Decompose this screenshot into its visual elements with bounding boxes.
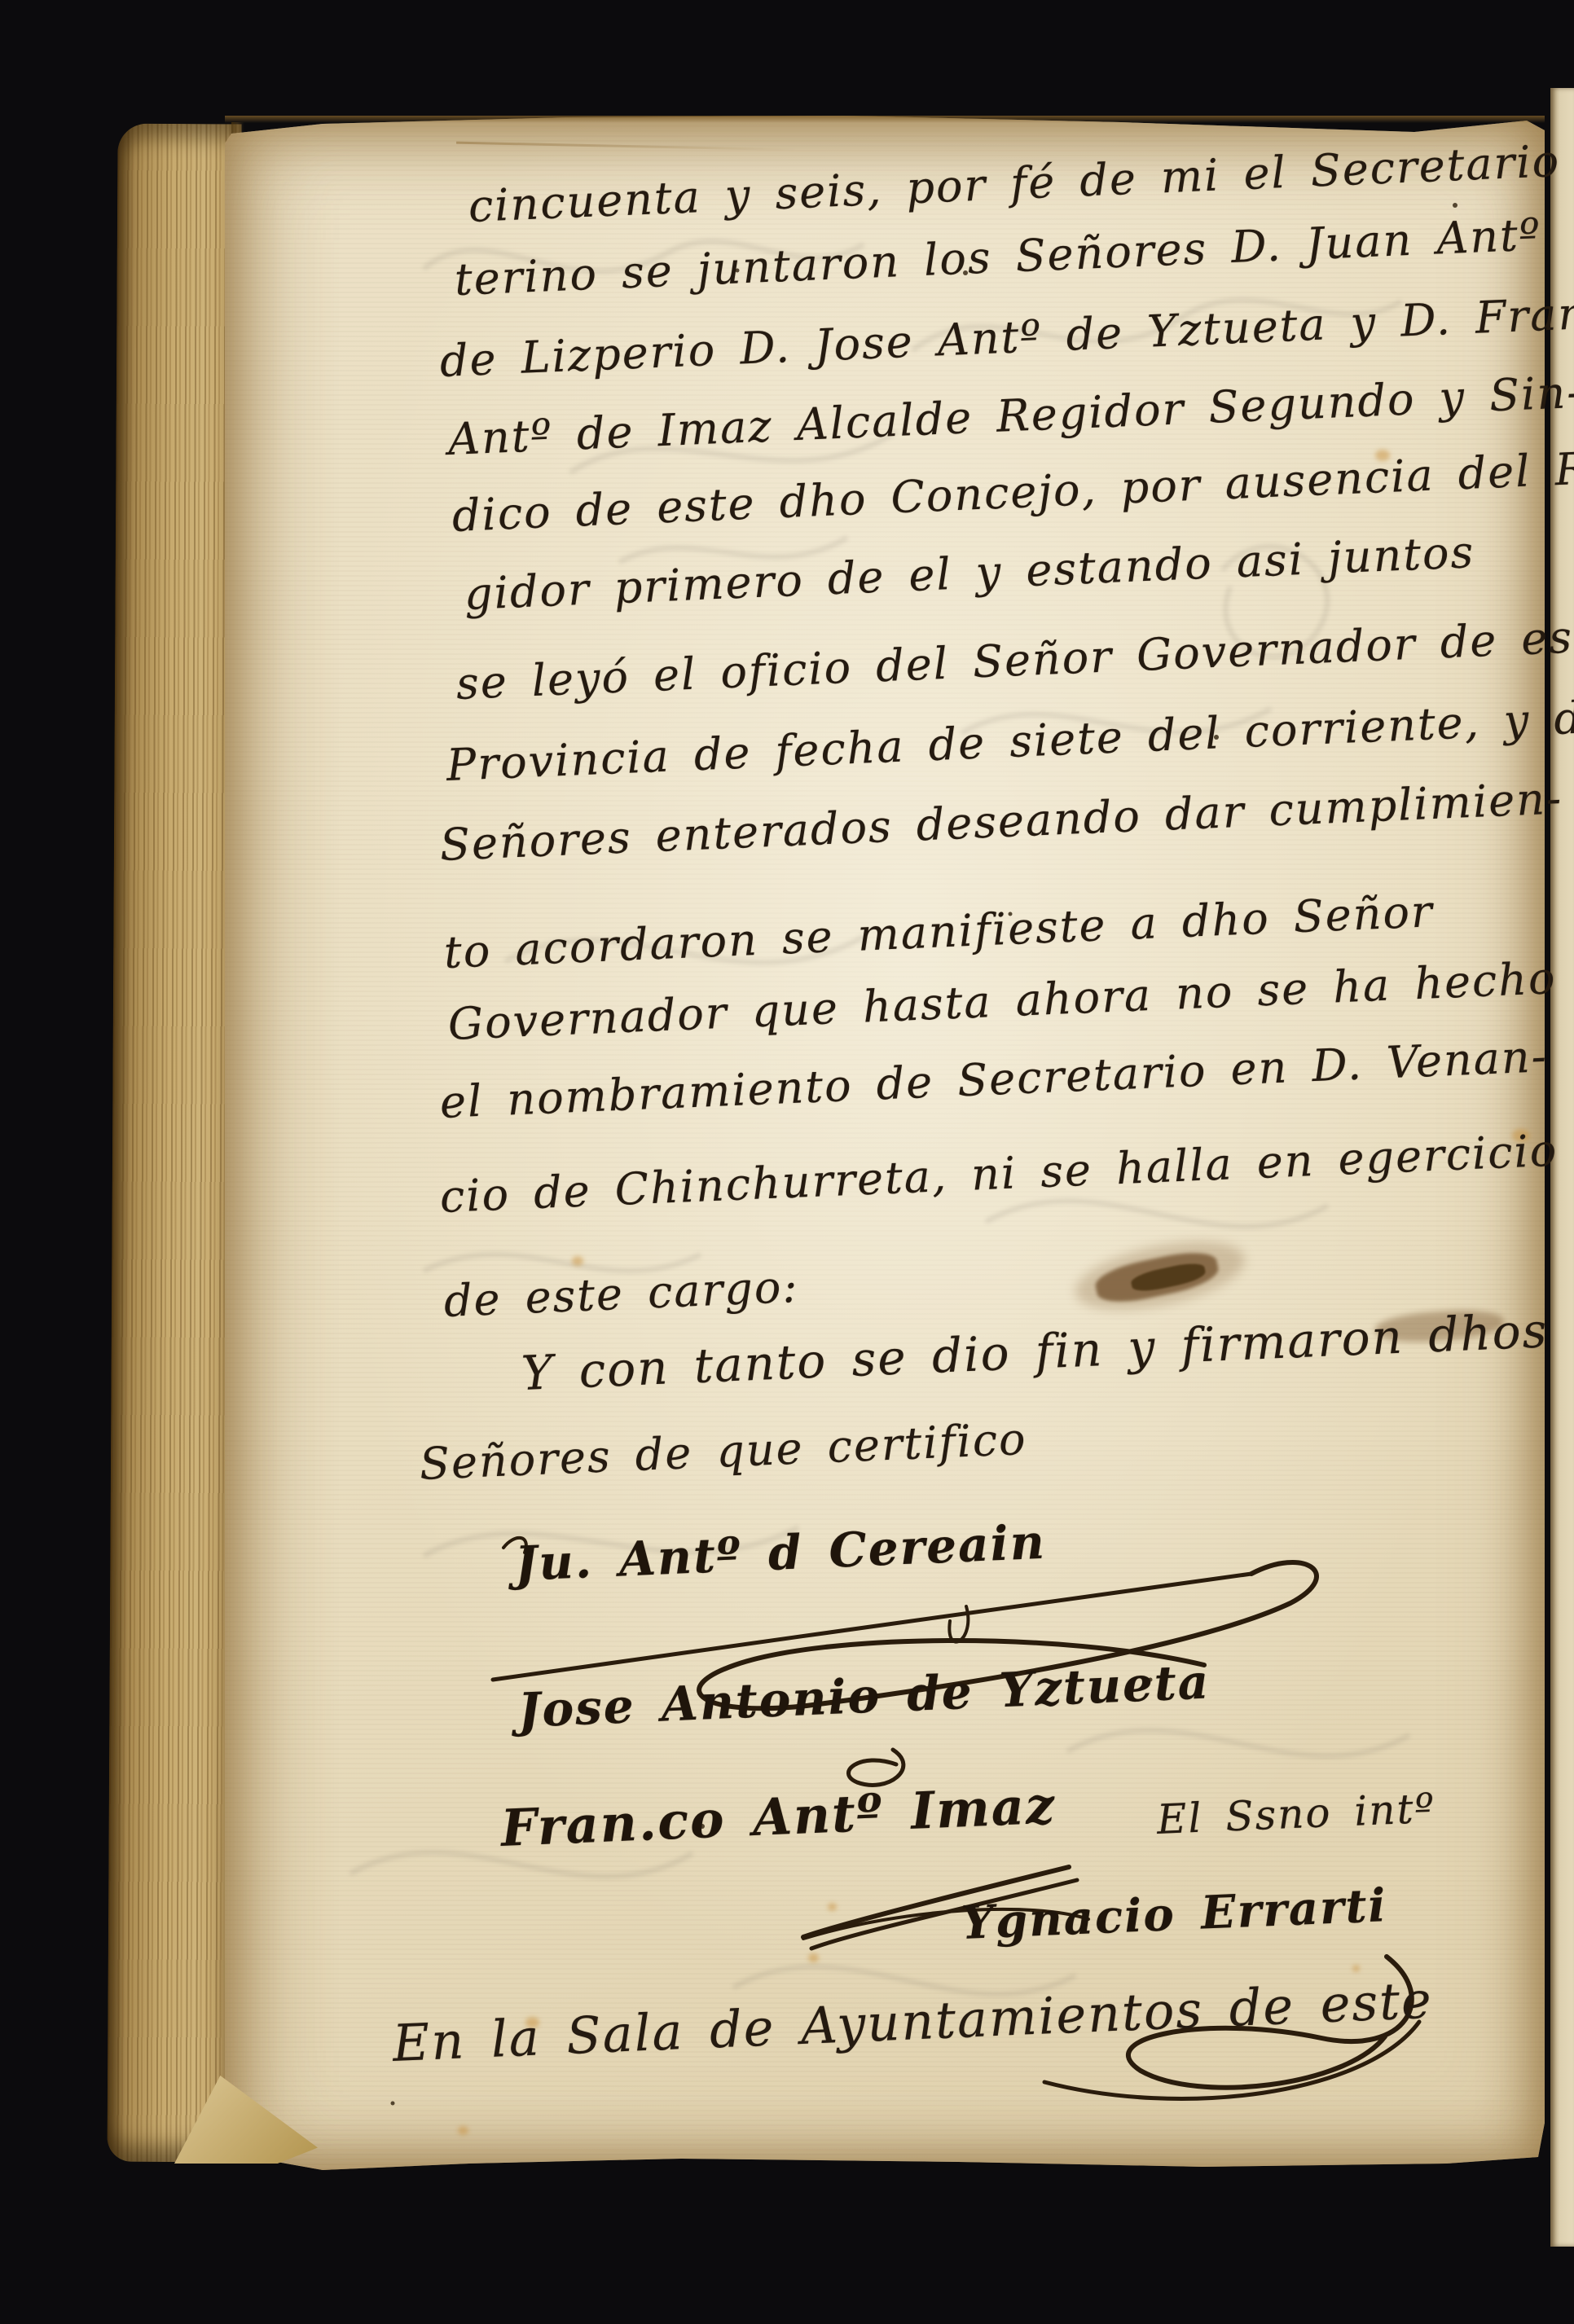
fox-spot [1352,1965,1360,1972]
page-top-edge [225,116,1545,123]
fox-spot [458,2126,468,2135]
fox-spot [808,1953,819,1962]
book-page-stack-edge [107,124,241,2163]
scanned-manuscript-photo: cincuenta y seis, por fé de mi el Secret… [0,0,1574,2324]
fox-spot [572,1256,583,1266]
fox-spot [828,1903,837,1911]
